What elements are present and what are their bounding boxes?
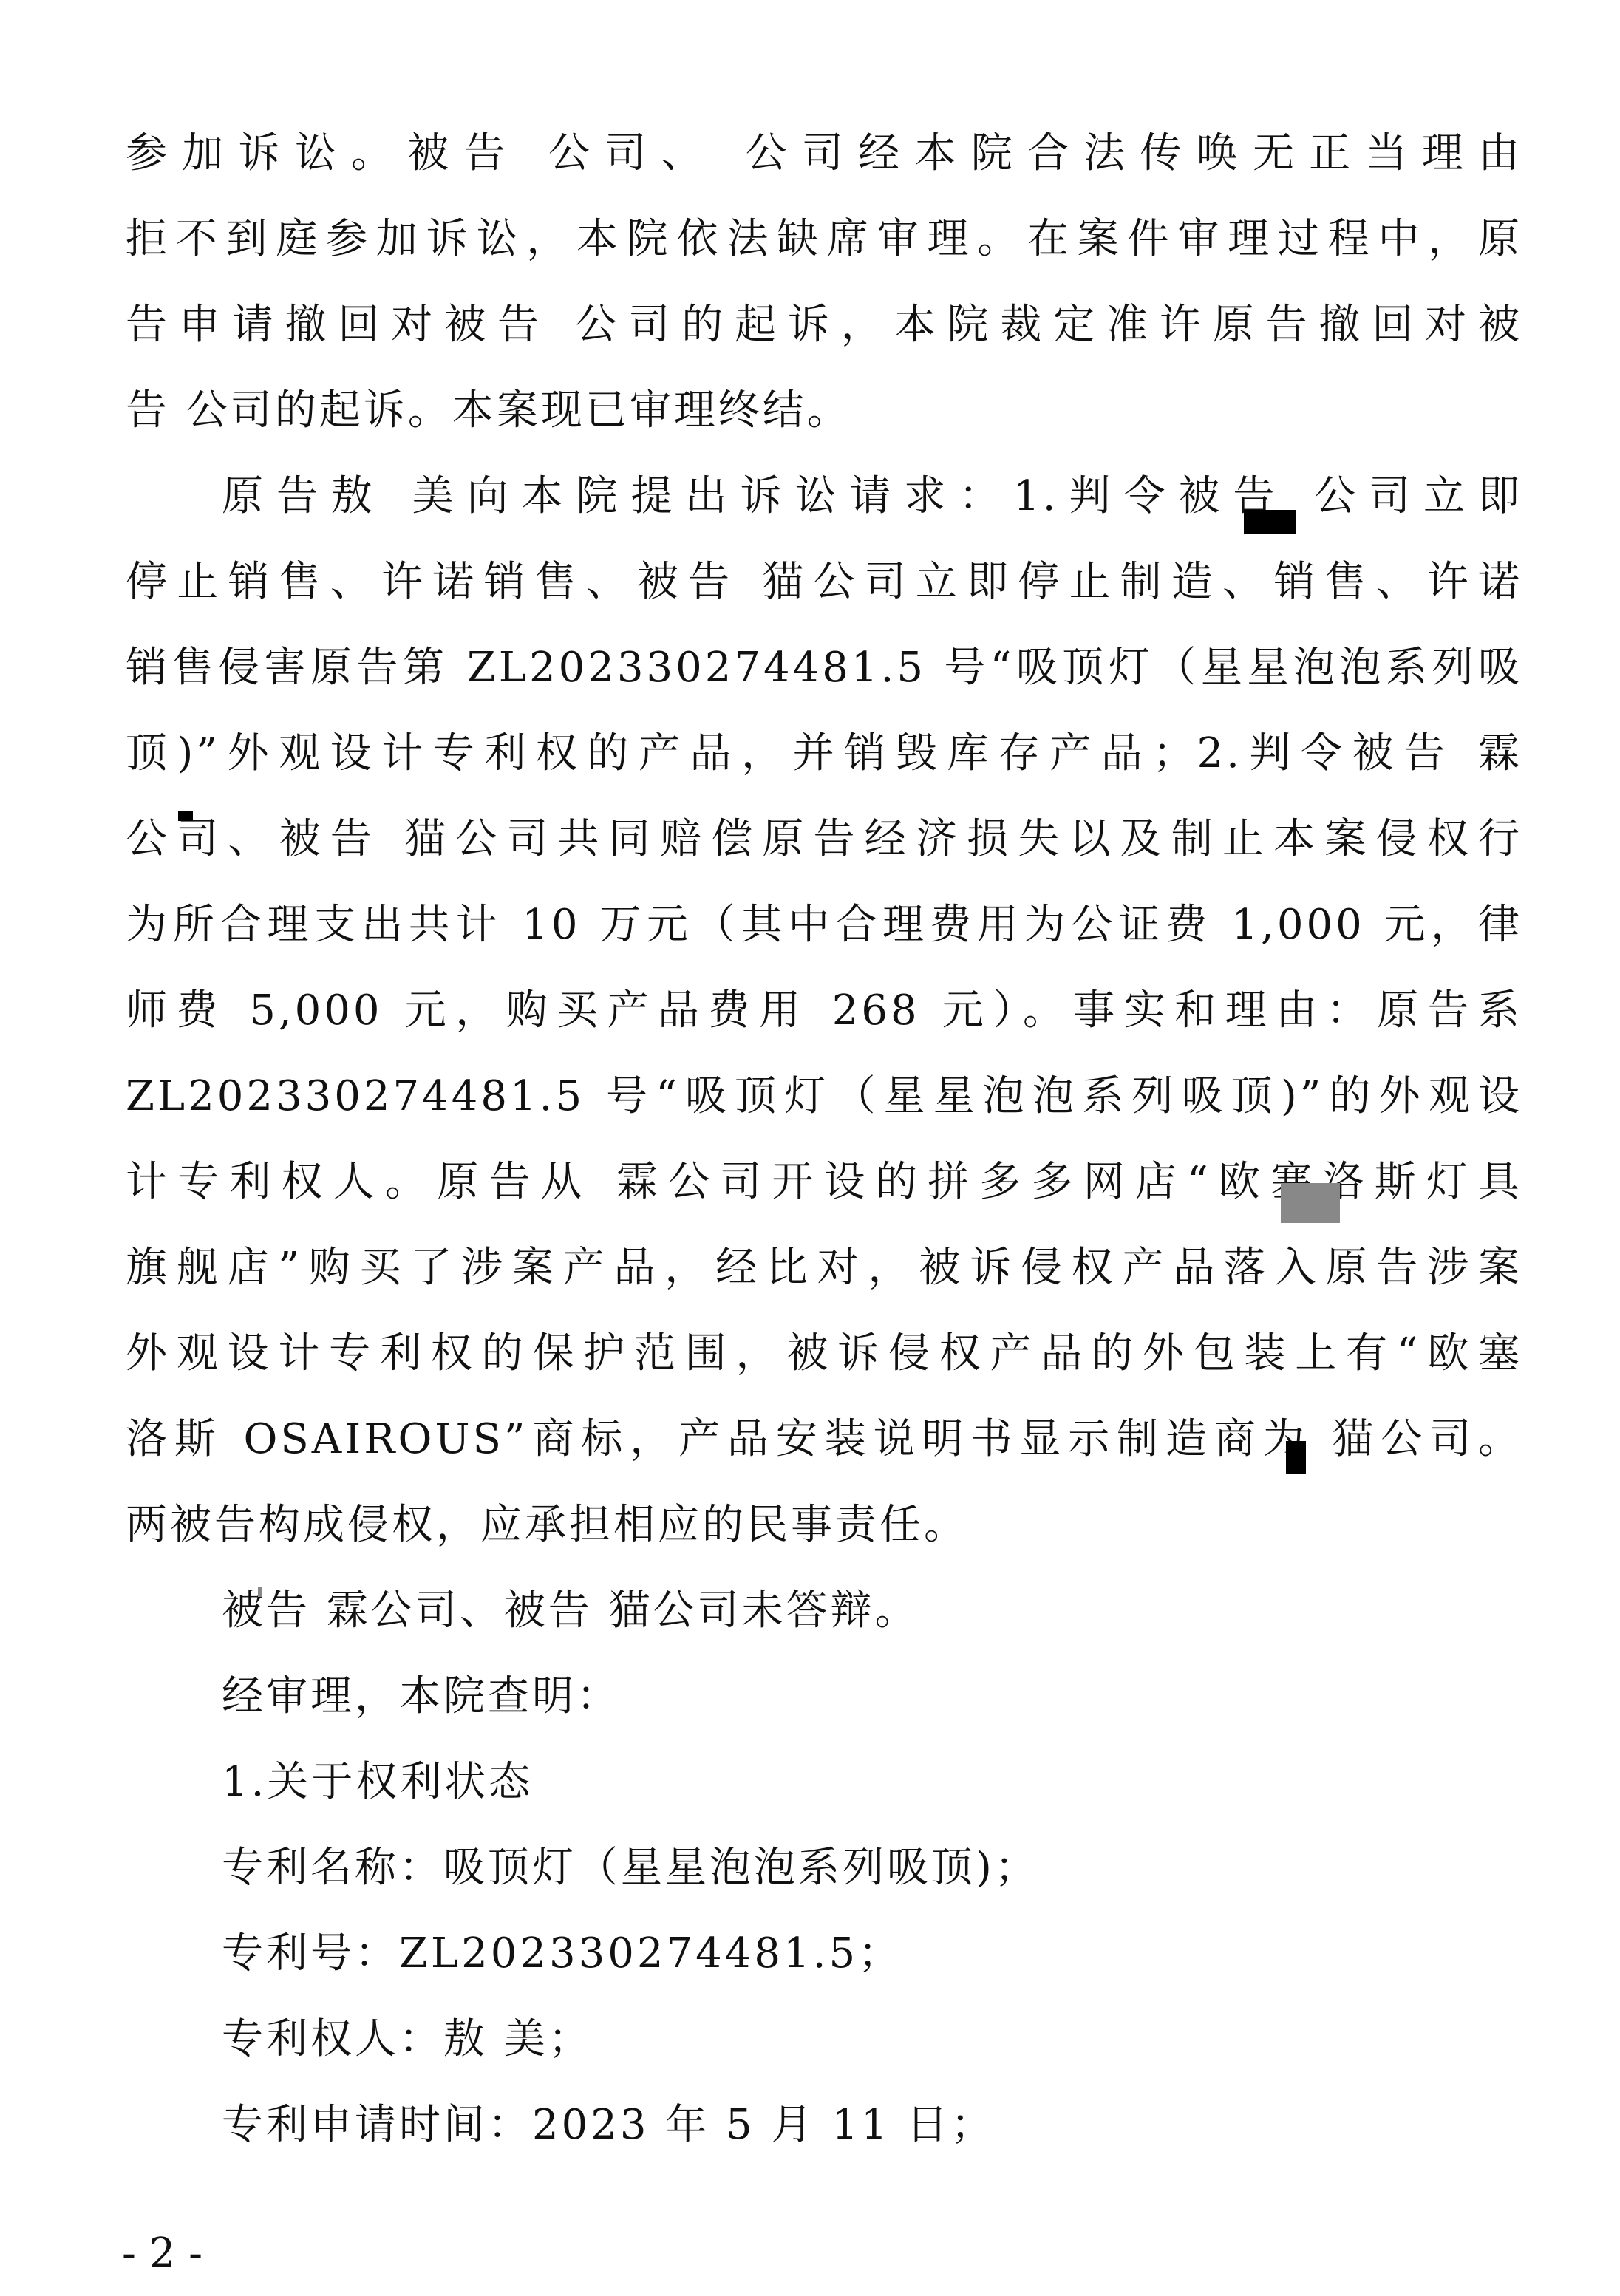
field-application-date: 专利申请时间：2023 年 5 月 11 日； — [222, 2096, 1522, 2155]
text-line: 为所合理支出共计 10 万元（其中合理费用为公证费 1,000 元，律 — [126, 896, 1522, 955]
text-line: 停止销售、许诺销售、被告 猫公司立即停止制造、销售、许诺 — [126, 553, 1522, 612]
text-line: 经审理，本院查明： — [222, 1667, 1522, 1726]
field-patent-number: 专利号：ZL202330274481.5； — [222, 1924, 1522, 1983]
text-line: 公司、被告 猫公司共同赔偿原告经济损失以及制止本案侵权行 — [126, 810, 1522, 869]
text-line: 销售侵害原告第 ZL202330274481.5 号“吸顶灯（星星泡泡系列吸 — [126, 638, 1522, 698]
redaction-block — [1286, 1441, 1306, 1474]
text-line: 被告 霖公司、被告 猫公司未答辩。 — [222, 1581, 1522, 1641]
field-value: 2023 年 5 月 11 日； — [532, 2101, 995, 2149]
field-value: 吸顶灯（星星泡泡系列吸顶)； — [443, 1844, 1039, 1892]
redaction-block — [178, 811, 193, 821]
text-line: 外观设计专利权的保护范围，被诉侵权产品的外包装上有“欧塞 — [126, 1324, 1522, 1383]
redaction-block — [1244, 510, 1296, 534]
page-number: - 2 - — [122, 2228, 202, 2280]
document-page: 参加诉讼。被告 公司、 公司经本院合法传唤无正当理由 拒不到庭参加诉讼，本院依法… — [0, 0, 1620, 2296]
field-value: 敖 美； — [443, 2015, 593, 2063]
field-label: 专利申请时间： — [222, 2101, 532, 2149]
redaction-block — [1281, 1183, 1340, 1223]
text-line: 旗舰店”购买了涉案产品，经比对，被诉侵权产品落入原告涉案 — [126, 1239, 1522, 1298]
field-label: 专利号： — [222, 1929, 399, 1978]
text-line: 洛斯 OSAIROUS”商标，产品安装说明书显示制造商为 猫公司。 — [126, 1410, 1522, 1469]
section-heading: 1.关于权利状态 — [222, 1753, 1522, 1812]
field-patent-holder: 专利权人：敖 美； — [222, 2010, 1522, 2069]
text-line: 顶)”外观设计专利权的产品，并销毁库存产品；2.判令被告 霖 — [126, 724, 1522, 783]
text-line: 参加诉讼。被告 公司、 公司经本院合法传唤无正当理由 — [126, 124, 1522, 183]
text-line: 师费 5,000 元，购买产品费用 268 元）。事实和理由：原告系 — [126, 981, 1522, 1040]
field-value: ZL202330274481.5； — [399, 1929, 902, 1978]
field-label: 专利权人： — [222, 2015, 443, 2063]
text-line: 告申请撤回对被告 公司的起诉，本院裁定准许原告撤回对被 — [126, 296, 1522, 355]
text-line: 告 公司的起诉。本案现已审理终结。 — [126, 381, 1522, 440]
redaction-block — [258, 1587, 262, 1597]
text-line: ZL202330274481.5 号“吸顶灯（星星泡泡系列吸顶)”的外观设 — [126, 1067, 1522, 1126]
field-label: 专利名称： — [222, 1844, 443, 1892]
text-line: 两被告构成侵权，应承担相应的民事责任。 — [126, 1496, 1522, 1555]
text-line: 原告敖 美向本院提出诉讼请求：1.判令被告 公司立即 — [222, 467, 1522, 526]
text-line: 拒不到庭参加诉讼，本院依法缺席审理。在案件审理过程中，原 — [126, 210, 1522, 269]
field-patent-name: 专利名称：吸顶灯（星星泡泡系列吸顶)； — [222, 1839, 1522, 1898]
